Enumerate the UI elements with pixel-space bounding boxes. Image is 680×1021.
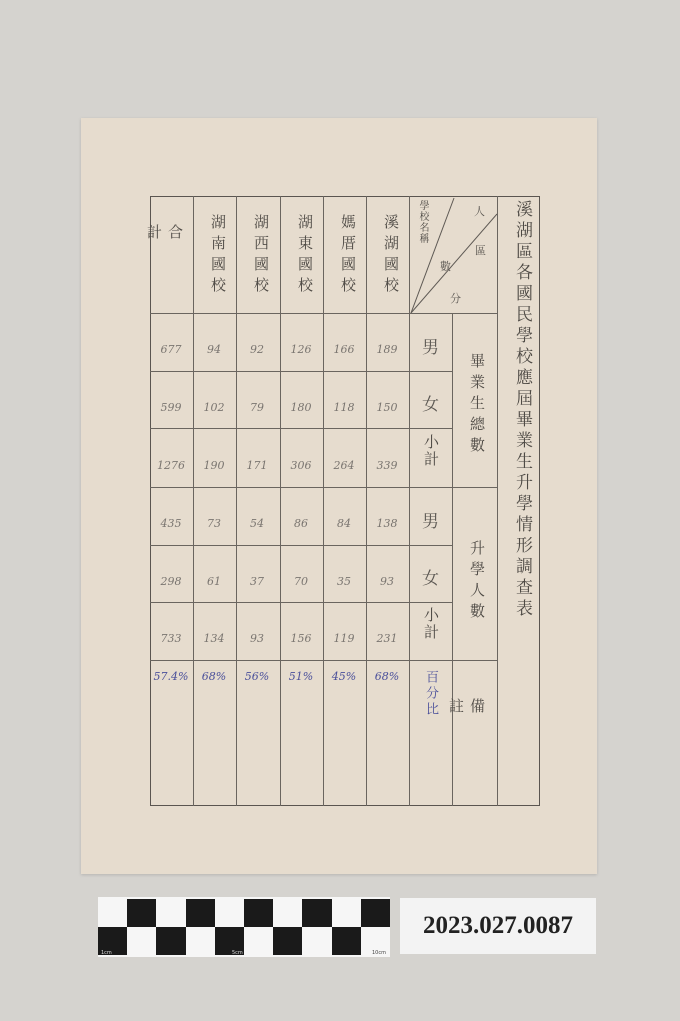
cell-percent-total: 57.4% [150, 670, 192, 683]
cell-enroll-subtotal-xihu: 231 [366, 632, 408, 645]
cell-enroll-female-huxi: 37 [236, 575, 278, 588]
grid-line [150, 545, 452, 546]
grid-line [150, 660, 497, 661]
cell-grad-female-huxi: 79 [236, 401, 278, 414]
cell-enroll-male-total: 435 [150, 517, 192, 530]
accession-number: 2023.027.0087 [400, 898, 596, 954]
grid-line [193, 196, 194, 806]
cell-enroll-subtotal-total: 733 [150, 632, 192, 645]
row-label-male: 男 [422, 507, 439, 532]
cell-grad-subtotal-jiuju: 264 [323, 459, 365, 472]
cell-grad-male-xihu: 189 [366, 343, 408, 356]
column-header-huxi: 湖西國校 [244, 202, 272, 310]
grid-line [236, 196, 237, 806]
grid-line [150, 371, 452, 372]
cell-enroll-female-hudong: 70 [280, 575, 322, 588]
cell-grad-male-total: 677 [150, 343, 192, 356]
grid-line [150, 313, 497, 314]
column-header-total: 合計 [158, 202, 186, 310]
cell-enroll-male-hudong: 86 [280, 517, 322, 530]
row-group-enrolled: 升學人數 [462, 512, 488, 652]
column-header-xihu: 溪湖國校 [374, 202, 402, 310]
row-label-male: 男 [422, 333, 439, 358]
corner-label-count: 數 [440, 258, 451, 274]
color-scale-bar [98, 897, 390, 957]
cell-enroll-subtotal-hunan: 134 [193, 632, 235, 645]
cell-grad-subtotal-xihu: 339 [366, 459, 408, 472]
row-label-female: 女 [422, 564, 439, 589]
cell-percent-jiuju: 45% [323, 670, 365, 683]
cell-enroll-male-huxi: 54 [236, 517, 278, 530]
column-header-jiuju: 媽厝國校 [331, 202, 359, 310]
cell-enroll-female-jiuju: 35 [323, 575, 365, 588]
corner-label-divide: 分 [450, 290, 461, 306]
corner-label-school-name: 學校名稱 [415, 200, 430, 244]
cell-percent-hudong: 51% [280, 670, 322, 683]
grid-line [150, 487, 497, 488]
grid-line [280, 196, 281, 806]
scale-label-10cm: 10cm [372, 950, 386, 956]
cell-enroll-male-xihu: 138 [366, 517, 408, 530]
grid-line [366, 196, 367, 806]
grid-line [323, 196, 324, 806]
column-header-hudong: 湖東國校 [288, 202, 316, 310]
row-group-graduates: 畢業生總數 [462, 330, 488, 480]
scale-label-5cm: 5cm [232, 950, 243, 956]
grid-line [497, 196, 498, 806]
corner-label-region: 區 [475, 242, 486, 258]
cell-grad-subtotal-total: 1276 [150, 459, 192, 472]
cell-enroll-male-hunan: 73 [193, 517, 235, 530]
cell-grad-female-hudong: 180 [280, 401, 322, 414]
cell-enroll-subtotal-huxi: 93 [236, 632, 278, 645]
row-label-subtotal: 小計 [421, 607, 442, 641]
corner-label-person: 人 [474, 203, 485, 219]
cell-grad-female-hunan: 102 [193, 401, 235, 414]
cell-grad-female-total: 599 [150, 401, 192, 414]
grid-line [150, 602, 452, 603]
cell-grad-subtotal-huxi: 171 [236, 459, 278, 472]
cell-enroll-subtotal-hudong: 156 [280, 632, 322, 645]
cell-percent-xihu: 68% [366, 670, 408, 683]
cell-enroll-female-xihu: 93 [366, 575, 408, 588]
cell-grad-female-jiuju: 118 [323, 401, 365, 414]
column-header-hunan: 湖南國校 [201, 202, 229, 310]
cell-grad-male-jiuju: 166 [323, 343, 365, 356]
row-group-remarks: 備註 [462, 675, 488, 795]
row-label-percentage: 百分比 [421, 670, 440, 718]
scale-label-1cm: 1cm [101, 950, 112, 956]
cell-percent-hunan: 68% [193, 670, 235, 683]
grid-line [150, 428, 452, 429]
row-label-subtotal: 小計 [421, 434, 442, 468]
cell-enroll-subtotal-jiuju: 119 [323, 632, 365, 645]
cell-percent-huxi: 56% [236, 670, 278, 683]
document-title: 溪湖區各國民學校應屆畢業生升學情形調查表 [510, 200, 535, 620]
row-label-female: 女 [422, 390, 439, 415]
cell-grad-male-huxi: 92 [236, 343, 278, 356]
cell-enroll-female-hunan: 61 [193, 575, 235, 588]
cell-grad-male-hudong: 126 [280, 343, 322, 356]
cell-enroll-male-jiuju: 84 [323, 517, 365, 530]
cell-enroll-female-total: 298 [150, 575, 192, 588]
cell-grad-female-xihu: 150 [366, 401, 408, 414]
cell-grad-subtotal-hunan: 190 [193, 459, 235, 472]
cell-grad-subtotal-hudong: 306 [280, 459, 322, 472]
cell-grad-male-hunan: 94 [193, 343, 235, 356]
